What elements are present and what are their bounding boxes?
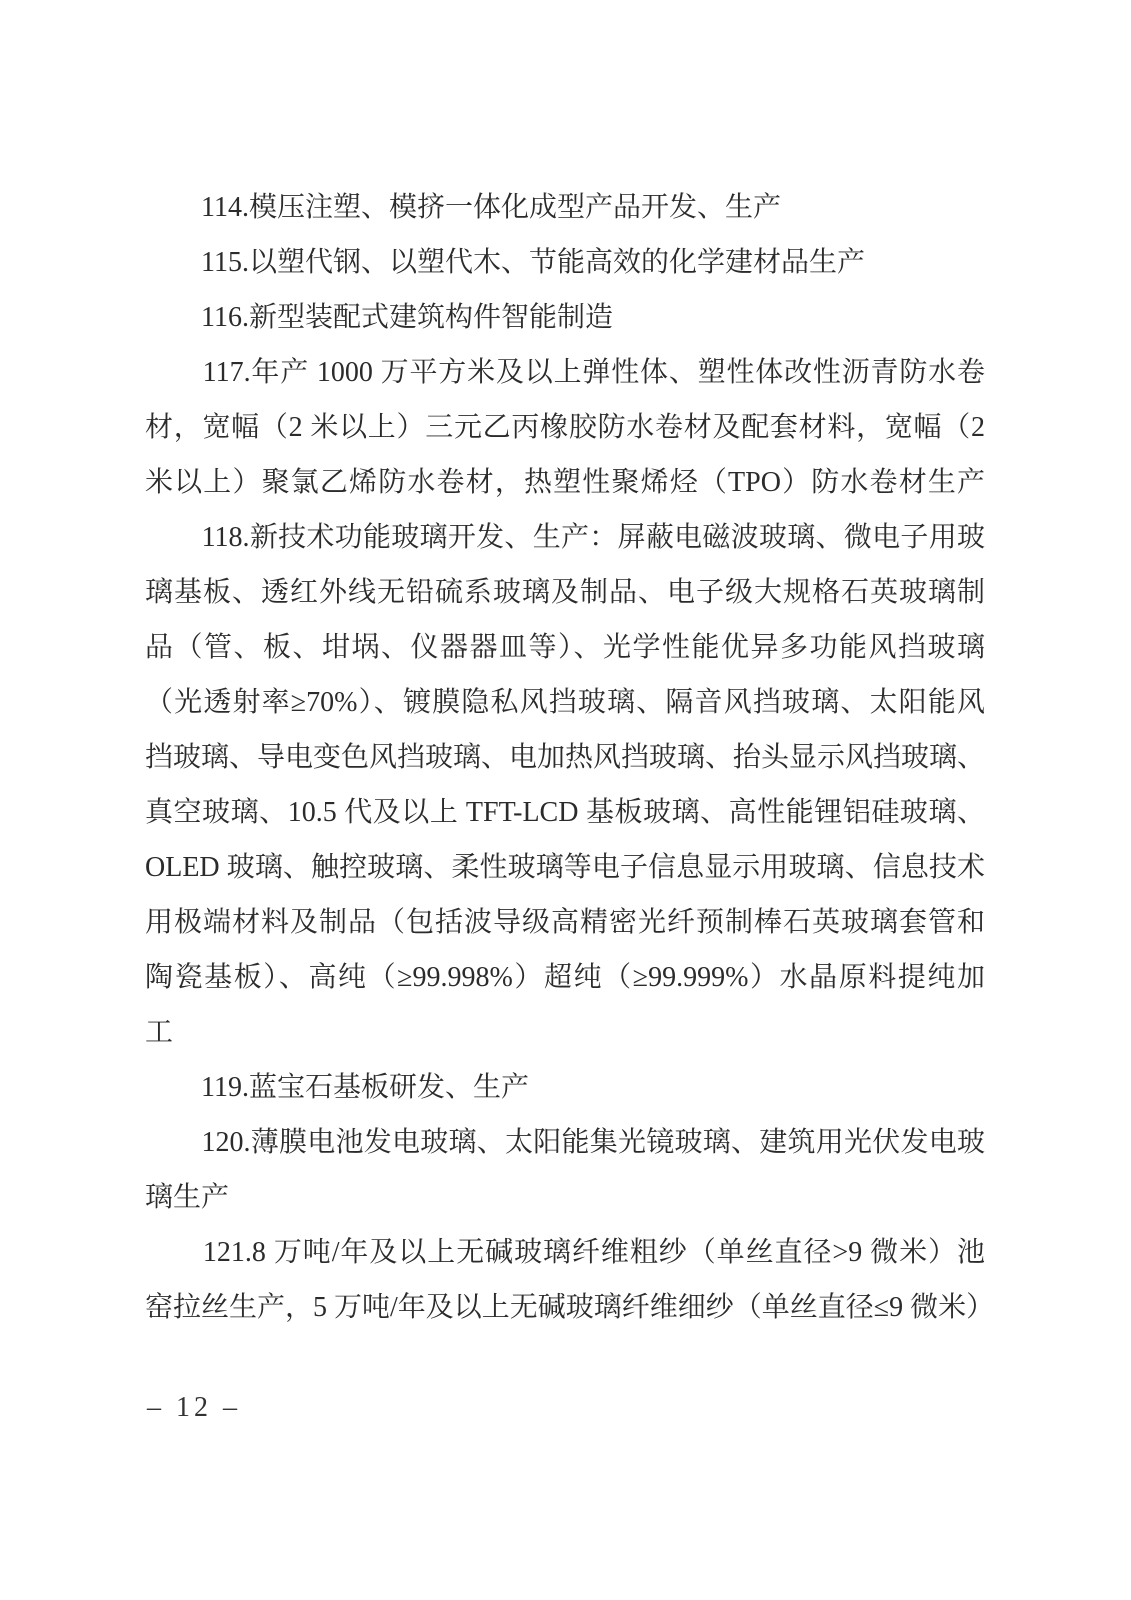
document-line: 118.新技术功能玻璃开发、生产：屏蔽电磁波玻璃、微电子用玻 xyxy=(145,510,985,565)
document-line: 璃基板、透红外线无铅硫系玻璃及制品、电子级大规格石英玻璃制 xyxy=(145,565,985,620)
document-line: 真空玻璃、10.5 代及以上 TFT-LCD 基板玻璃、高性能锂铝硅玻璃、 xyxy=(145,785,985,840)
document-page: 114.模压注塑、模挤一体化成型产品开发、生产 115.以塑代钢、以塑代木、节能… xyxy=(0,0,1131,1600)
document-line: 窑拉丝生产，5 万吨/年及以上无碱玻璃纤维细纱（单丝直径≤9 微米） xyxy=(145,1280,985,1335)
document-line: 117.年产 1000 万平方米及以上弹性体、塑性体改性沥青防水卷 xyxy=(145,345,985,400)
document-line: 120.薄膜电池发电玻璃、太阳能集光镜玻璃、建筑用光伏发电玻 xyxy=(145,1115,985,1170)
document-line: 璃生产 xyxy=(145,1170,985,1225)
document-line: 116.新型装配式建筑构件智能制造 xyxy=(145,290,985,345)
document-line: 用极端材料及制品（包括波导级高精密光纤预制棒石英玻璃套管和 xyxy=(145,895,985,950)
page-number: – 12 – xyxy=(147,1392,241,1424)
document-body: 114.模压注塑、模挤一体化成型产品开发、生产 115.以塑代钢、以塑代木、节能… xyxy=(145,180,985,1335)
document-line: OLED 玻璃、触控玻璃、柔性玻璃等电子信息显示用玻璃、信息技术 xyxy=(145,840,985,895)
document-line: 材，宽幅（2 米以上）三元乙丙橡胶防水卷材及配套材料，宽幅（2 xyxy=(145,400,985,455)
document-line: 119.蓝宝石基板研发、生产 xyxy=(145,1060,985,1115)
document-line: 品（管、板、坩埚、仪器器皿等）、光学性能优异多功能风挡玻璃 xyxy=(145,620,985,675)
document-line: （光透射率≥70%）、镀膜隐私风挡玻璃、隔音风挡玻璃、太阳能风 xyxy=(145,675,985,730)
document-line: 工 xyxy=(145,1005,985,1060)
document-line: 114.模压注塑、模挤一体化成型产品开发、生产 xyxy=(145,180,985,235)
document-line: 115.以塑代钢、以塑代木、节能高效的化学建材品生产 xyxy=(145,235,985,290)
document-line: 陶瓷基板）、高纯（≥99.998%）超纯（≥99.999%）水晶原料提纯加 xyxy=(145,950,985,1005)
document-line: 米以上）聚氯乙烯防水卷材，热塑性聚烯烃（TPO）防水卷材生产 xyxy=(145,455,985,510)
document-line: 挡玻璃、导电变色风挡玻璃、电加热风挡玻璃、抬头显示风挡玻璃、 xyxy=(145,730,985,785)
document-line: 121.8 万吨/年及以上无碱玻璃纤维粗纱（单丝直径>9 微米）池 xyxy=(145,1225,985,1280)
